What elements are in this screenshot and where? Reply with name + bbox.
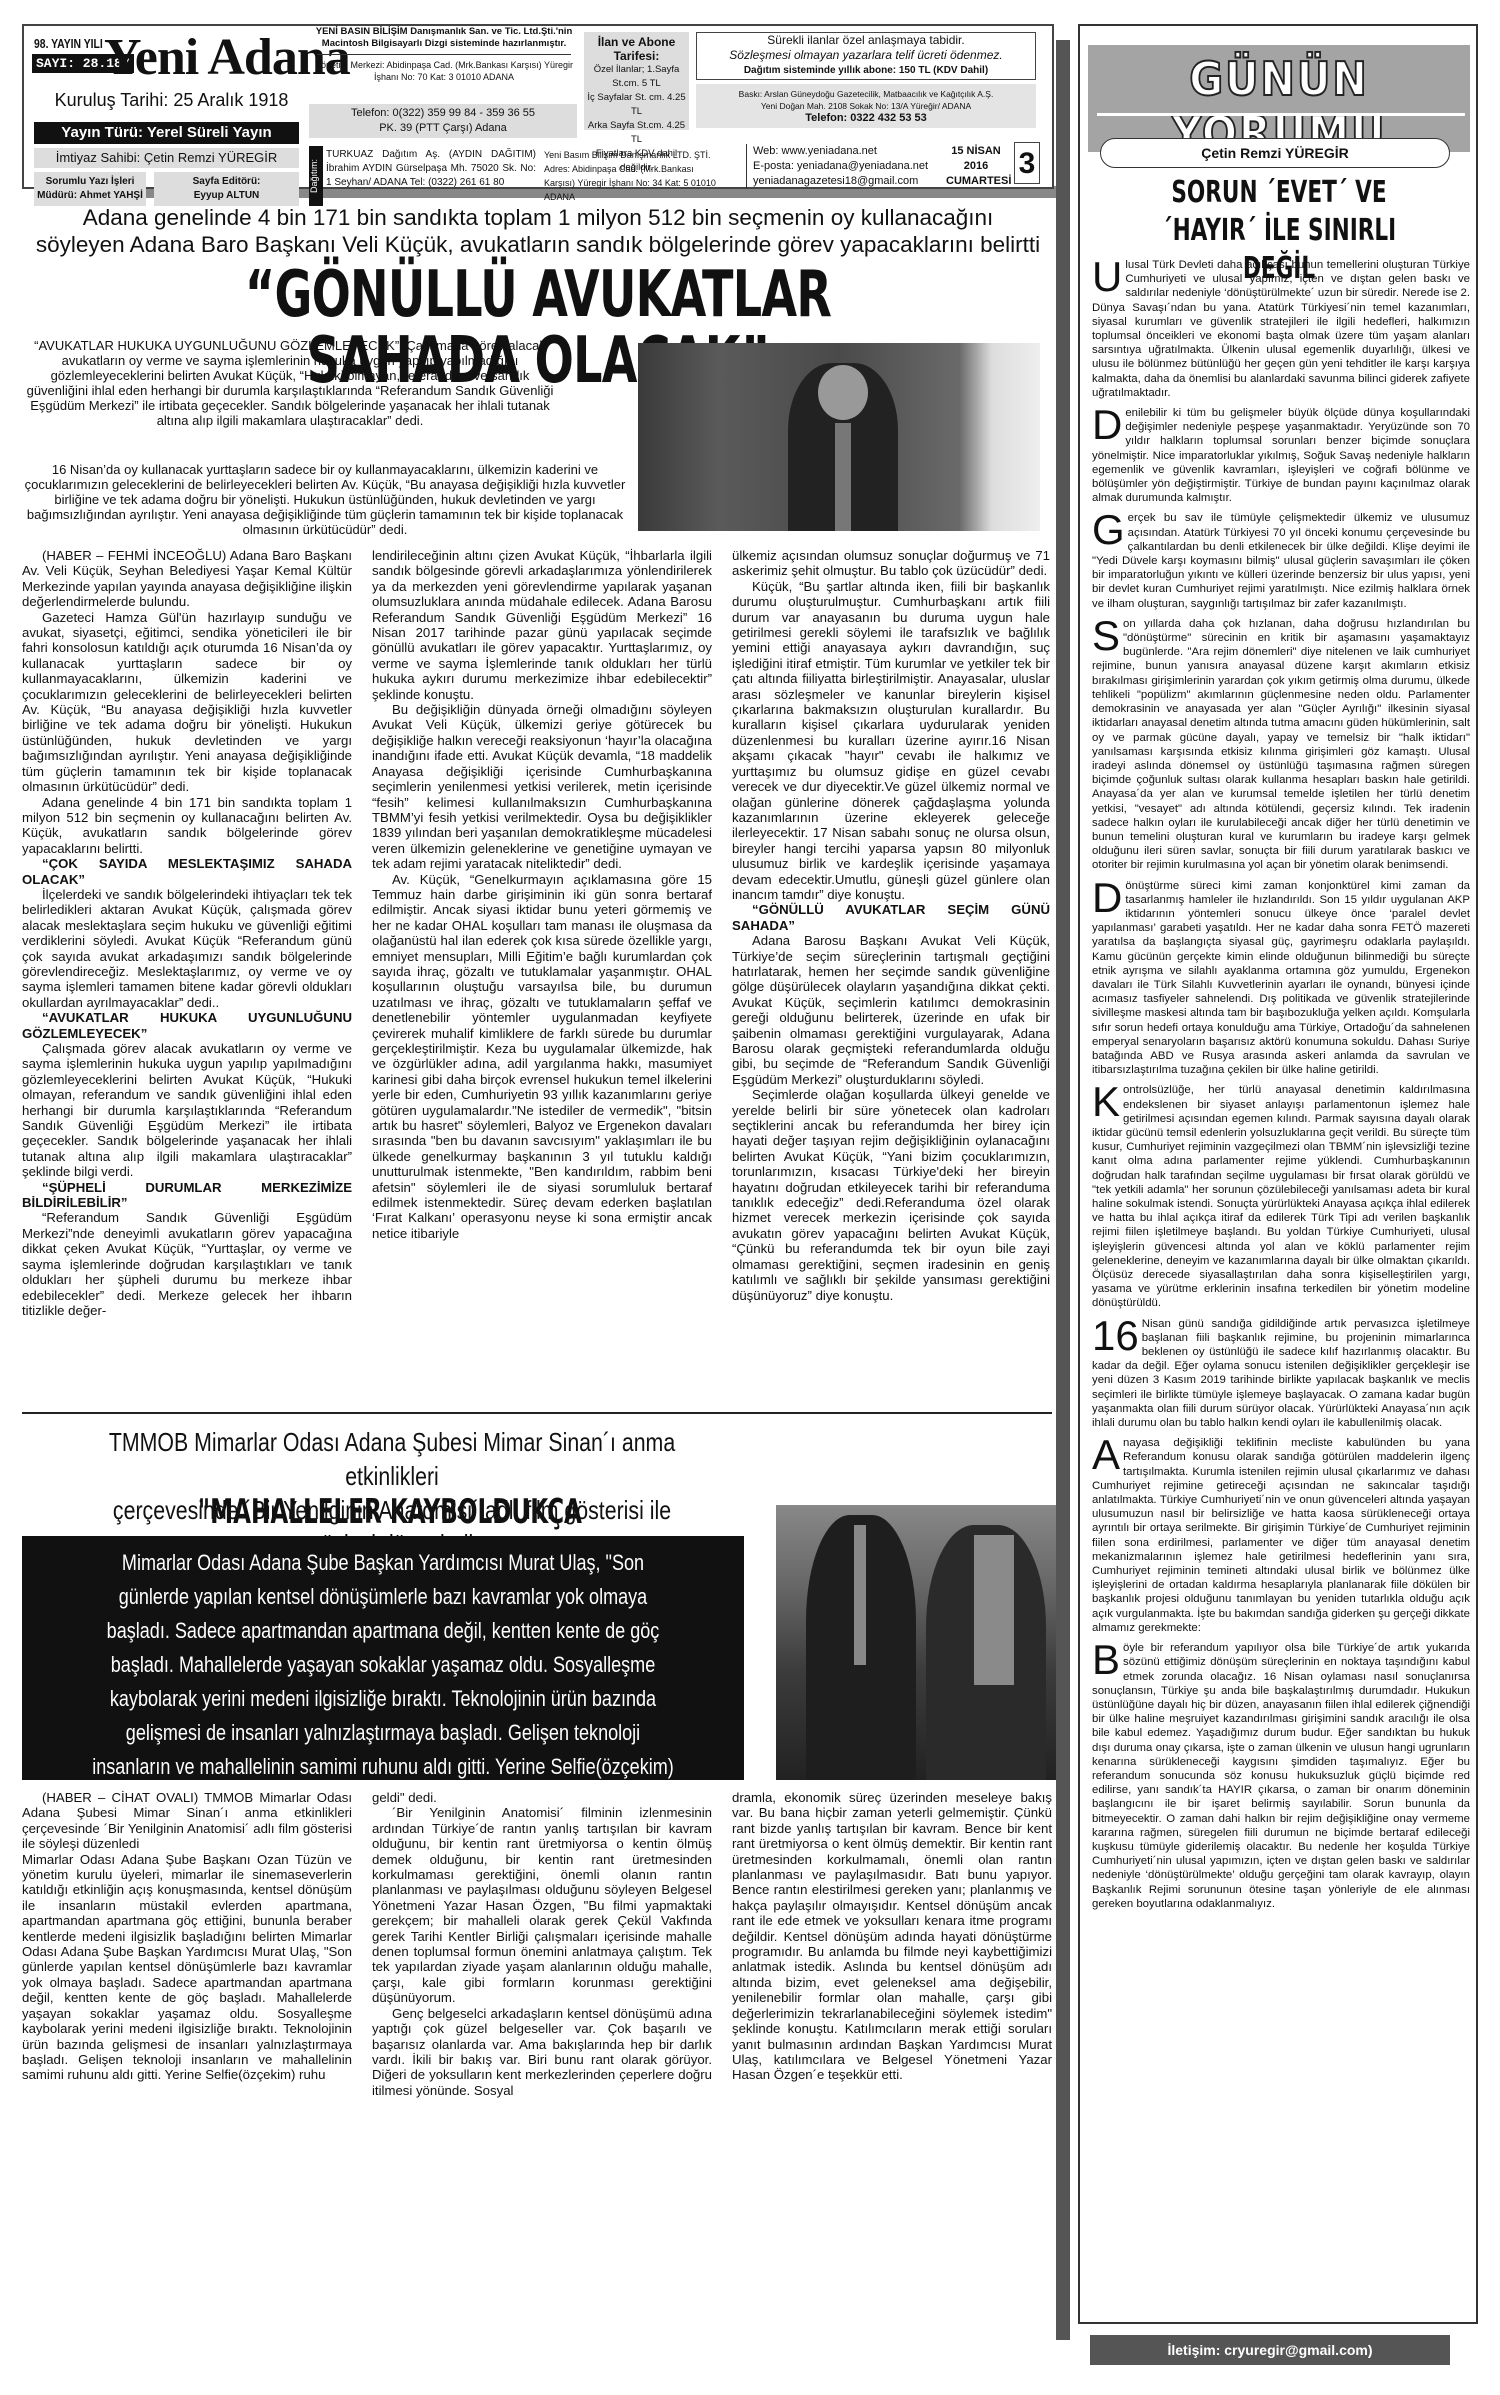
paragraph: Av. Küçük, “Genelkurmayın açıklamasına g… [372,872,712,1242]
paragraph: (HABER – CİHAT OVALI) TMMOB Mimarlar Oda… [22,1790,352,1852]
article2-pullquote: Mimarlar Odası Adana Şube Başkan Yardımc… [22,1536,744,1780]
annual-subscription: Dağıtım sisteminde yıllık abone: 150 TL … [697,63,1035,78]
paragraph-text: enilebilir ki tüm bu gelişmeler büyük öl… [1092,407,1470,504]
paragraph: Gazeteci Hamza Gül'ün hazırlayıp sunduğu… [22,610,352,795]
divider [317,54,571,55]
subheading: “ÇOK SAYIDA MESLEKTAŞIMIZ SAHADA OLACAK” [22,856,352,887]
ad-rates: İlan ve Abone Tarifesi: Özel İlanlar; 1.… [584,32,689,130]
founding-date: Kuruluş Tarihi: 25 Aralık 1918 [34,90,309,111]
subheading: “AVUKATLAR HUKUKA UYGUNLUĞUNU GÖZLEMLEYE… [22,1010,352,1041]
tie [854,1525,866,1665]
column-separator [1056,40,1070,2340]
paragraph: Ulusal Türk Devleti daha açıkçası bunun … [1092,258,1470,400]
permanent-ads-note: Sürekli ilanlar özel anlaşmaya tabidir. [697,33,1035,48]
paragraph: (HABER – FEHMİ İNCEOĞLU) Adana Baro Başk… [22,548,352,610]
drop-cap: D [1092,881,1122,915]
paragraph: Böyle bir referandum yapılıyor olsa bile… [1092,1641,1470,1911]
printing-info: Baskı: Arslan Güneydoğu Gazetecilik, Mat… [696,84,1036,128]
ad-rate-front: Özel İlanlar; 1.Sayfa St.cm. 5 TL [584,63,689,91]
paragraph-text: önüştürme süreci kimi zaman konjonktürel… [1092,880,1470,1077]
paragraph: ´Bir Yenilginin Anatomisi´ filminin izle… [372,1805,712,2005]
po-box: PK. 39 (PTT Çarşı) Adana [309,121,577,136]
paragraph-text: erçek bu sav ile tümüyle çelişmektedir ü… [1092,512,1470,609]
subheading: “GÖNÜLLÜ AVUKATLAR SEÇİM GÜNÜ SAHADA” [732,902,1050,933]
paragraph: dramla, ekonomik süreç üzerinden meseley… [732,1790,1052,2083]
typesetting-text: YENİ BASIN BİLİŞİM Danışmanlık San. ve T… [309,26,579,50]
date-day: 15 NİSAN [946,144,1006,159]
drop-cap: U [1092,260,1122,294]
printer-address: Yeni Doğan Mah. 2108 Sokak No: 13/A Yüre… [696,100,1036,112]
paragraph: Genç belgeselci arkadaşların kentsel dön… [372,2006,712,2098]
article-divider [22,1412,1052,1414]
drop-cap: D [1092,408,1122,442]
drop-cap: S [1092,619,1120,653]
columnist-contact[interactable]: İletişim: cryuregir@gmail.com) [1090,2335,1450,2365]
head-office: Yönetim Merkezi: Abidinpaşa Cad. (Mrk.Ba… [309,59,579,83]
subscription-note: Sürekli ilanlar özel anlaşmaya tabidir. … [696,32,1036,80]
editor-name: Müdürü: Ahmet YAHŞİ [34,189,146,203]
article1-lead2: 16 Nisan’da oy kullanacak yurttaşların s… [20,462,630,537]
pullquote-text: Mimarlar Odası Adana Şube Başkan Yardımc… [92,1546,674,1818]
article1-column-3: ülkemiz açısından olumsuz sonuçlar doğur… [732,548,1050,1408]
paragraph: Denilebilir ki tüm bu gelişmeler büyük ö… [1092,406,1470,505]
paragraph: Çalışmada görev alacak avukatların oy ve… [22,1041,352,1180]
article2-column-1: (HABER – CİHAT OVALI) TMMOB Mimarlar Oda… [22,1790,352,2390]
subhead-line-1: TMMOB Mimarlar Odası Adana Şubesi Mimar … [89,1425,696,1493]
typesetting-info: YENİ BASIN BİLİŞİM Danışmanlık San. ve T… [309,26,579,83]
paragraph-text: öyle bir referandum yapılıyor olsa bile … [1092,1642,1470,1910]
paragraph-text: lusal Türk Devleti daha açıkçası bunun t… [1092,259,1470,399]
drop-cap: 16 [1092,1319,1139,1353]
paragraph: Bu değişikliğin dünyada örneği olmadığın… [372,702,712,871]
email-link[interactable]: E-posta: yeniadana@yeniadana.net [753,159,946,174]
paragraph-text: Nisan günü sandığa gidildiğinde artık pe… [1092,1318,1470,1429]
paragraph: Mimarlar Odası Adana Şube Başkanı Ozan T… [22,1852,352,2083]
date-weekday: CUMARTESİ [946,174,1006,189]
page-number: 3 [1014,142,1040,184]
paragraph: Küçük, “Bu şartlar altında iken, fiili b… [732,579,1050,903]
paragraph: İlçelerdeki ve sandık bölgelerindeki iht… [22,887,352,1010]
drop-cap: G [1092,513,1125,547]
paragraph: Adana genelinde 4 bin 171 bin sandıkta t… [22,795,352,857]
contact-info: Web: www.yeniadana.net E-posta: yeniadan… [746,144,946,189]
page-editor-name: Eyyup ALTUN [154,189,299,203]
ad-rates-title: İlan ve Abone Tarifesi: [584,35,689,63]
paragraph: Dönüştürme süreci kimi zaman konjonktüre… [1092,879,1470,1078]
publication-type: Yayın Türü: Yerel Süreli Yayın [34,122,299,144]
paragraph: geldi" dedi. [372,1790,712,1805]
paragraph-text: ontrolsüzlüğe, her türlü anayasal deneti… [1092,1084,1470,1309]
masthead: 98. YAYIN YILI SAYI: 28.187 Yeni Adana K… [22,24,1054,189]
printer-phone: Telefon: 0322 432 53 53 [696,112,1036,124]
paragraph: lendirileceğinin altını çizen Avukat Küç… [372,548,712,702]
paragraph: Anayasa değişikliği teklifinin mecliste … [1092,1436,1470,1635]
editor-label: Sorumlu Yazı İşleri [34,175,146,189]
shirt [974,1535,1014,1685]
article1-column-2: lendirileceğinin altını çizen Avukat Küç… [372,548,712,1408]
person-face [818,365,868,420]
subhead-line-1: Adana genelinde 4 bin 171 bin sandıkta t… [22,204,1054,231]
headline-line-1: SORUN ´EVET´ VE [1141,174,1416,212]
paragraph: Gerçek bu sav ile tümüyle çelişmektedir … [1092,511,1470,610]
paragraph: Adana Barosu Başkanı Avukat Veli Küçük, … [732,933,1050,1087]
page-editor: Sayfa Editörü:Eyyup ALTUN [154,172,299,206]
article2-column-2: geldi" dedi. ´Bir Yenilginin Anatomisi´ … [372,1790,712,2390]
distribution: TURKUAZ Dağıtım Aş. (AYDIN DAĞITIM) İbra… [326,148,536,190]
vat-note: Fiyatlara KDV dahil değildir. [584,147,689,175]
columnist-name: Çetin Remzi YÜREGİR [1100,138,1450,168]
article1-photo [638,343,1040,531]
paragraph: “Referandum Sandık Güvenliği Eşgüdüm Mer… [22,1210,352,1318]
drop-cap: K [1092,1085,1120,1119]
article1-column-1: (HABER – FEHMİ İNCEOĞLU) Adana Baro Başk… [22,548,352,1408]
article2-column-3: dramla, ekonomik süreç üzerinden meseley… [732,1790,1052,2390]
ad-rate-back: Arka Sayfa St.cm. 4.25 TL [584,119,689,147]
distribution-tag: Dağıtım: [309,146,323,206]
article1-subhead: Adana genelinde 4 bin 171 bin sandıkta t… [22,204,1054,258]
paragraph: 16Nisan günü sandığa gidildiğinde artık … [1092,1317,1470,1431]
date-year: 2016 [946,159,1006,174]
royalty-note: Sözleşmesi olmayan yazarlara telif ücret… [697,48,1035,63]
paragraph: Seçimlerde olağan koşullarda ülkeyi gene… [732,1087,1050,1303]
issue-date: 15 NİSAN 2016 CUMARTESİ [946,144,1006,189]
paragraph: ülkemiz açısından olumsuz sonuçlar doğur… [732,548,1050,579]
phone-box: Telefon: 0(322) 359 99 84 - 359 36 55PK.… [309,104,577,138]
editor-in-chief: Sorumlu Yazı İşleriMüdürü: Ahmet YAHŞİ [34,172,146,206]
subheading: “ŞÜPHELİ DURUMLAR MERKEZİMİZE BİLDİRİLEB… [22,1180,352,1211]
subhead-line-2: söyleyen Adana Baro Başkanı Veli Küçük, … [22,231,1054,258]
publication-year: 98. YAYIN YILI [34,36,103,51]
paragraph: Son yıllarda daha çok hızlanan, daha doğ… [1092,617,1470,873]
drop-cap: B [1092,1643,1120,1677]
tie [835,423,851,531]
paragraph: Kontrolsüzlüğe, her türlü anayasal denet… [1092,1083,1470,1310]
page-editor-label: Sayfa Editörü: [154,175,299,189]
article2-photo [776,1505,1056,1780]
paragraph-text: on yıllarda daha çok hızlanan, daha doğr… [1092,618,1470,871]
paragraph-text: nayasa değişikliği teklifinin mecliste k… [1092,1437,1470,1634]
article1-lead: “AVUKATLAR HUKUKA UYGUNLUĞUNU GÖZLEMLEYE… [20,338,560,428]
ad-rate-inner: İç Sayfalar St. cm. 4.25 TL [584,91,689,119]
drop-cap: A [1092,1438,1120,1472]
printer: Baskı: Arslan Güneydoğu Gazetecilik, Mat… [696,88,1036,100]
website-link[interactable]: Web: www.yeniadana.net [753,144,946,159]
banner-underline [1097,113,1465,116]
gmail-link[interactable]: yeniadanagazetesi18@gmail.com [753,174,946,189]
owner: İmtiyaz Sahibi: Çetin Remzi YÜREGİR [34,148,299,168]
opinion-body: Ulusal Türk Devleti daha açıkçası bunun … [1092,258,1470,2268]
phone: Telefon: 0(322) 359 99 84 - 359 36 55 [309,106,577,121]
